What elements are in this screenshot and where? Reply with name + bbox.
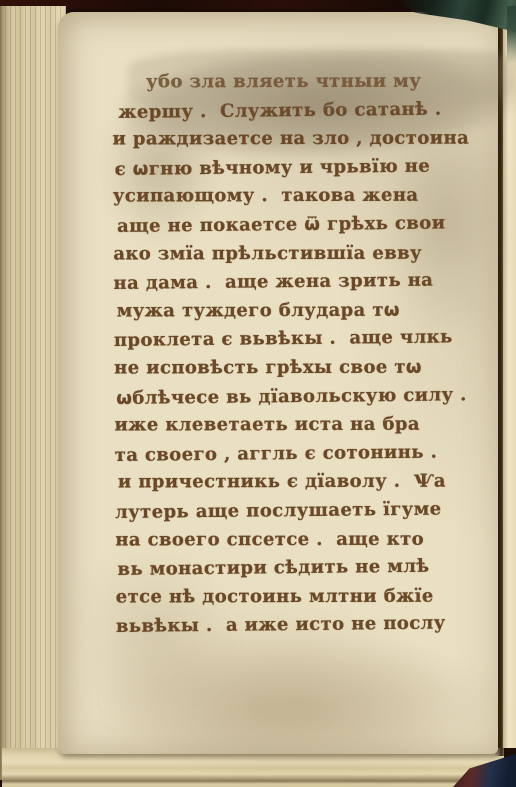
manuscript-photo: убо зла вляеть чтныи мужершу . Служить б… (0, 0, 516, 787)
manuscript-line: вь монастири сѣдить не млѣ (117, 552, 491, 585)
stain-bottom (110, 640, 502, 774)
page-stack-edges-left (0, 6, 66, 780)
manuscript-line: лутерь аще послушаеть їгуме (115, 495, 491, 528)
manuscript-line: ѡблѣчесе вь дїавольскую силу . (116, 381, 490, 414)
manuscript-line: та своего , аггль є сотонинь . (115, 438, 491, 471)
manuscript-line: жершу . Служить бо сатанѣ . (118, 95, 488, 127)
manuscript-line: убо зла вляеть чтныи му (146, 67, 488, 96)
facing-page-edge (503, 22, 516, 748)
binding-edge-right (507, 6, 516, 64)
manuscript-line: и причестникь є дїаволу . Ѱа (118, 468, 491, 498)
manuscript-line: є ѡгню вѣчному и чрьвїю не (115, 152, 489, 185)
manuscript-line: и раждизаетсе на зло , достоина (112, 125, 488, 155)
manuscript-line: ако змїа прѣльстившїа евву (113, 239, 489, 269)
manuscript-page: убо зла вляеть чтныи мужершу . Служить б… (58, 12, 498, 754)
manuscript-line: мужа туждего блудара тѡ (117, 296, 490, 326)
manuscript-line: усипающому . такова жена (113, 182, 489, 212)
manuscript-line: проклета є вьвѣкы . аще члкь (114, 323, 490, 356)
manuscript-line: етсе нѣ достоинь млтни бжїе (116, 582, 492, 612)
manuscript-line: иже клеветаеть иста на бра (114, 411, 490, 441)
manuscript-line: не исповѣсть грѣхы свое тѡ (114, 353, 490, 383)
manuscript-line: вьвѣкы . а иже исто не послу (116, 609, 492, 642)
manuscript-line: на своего спсетсе . аще кто (115, 525, 491, 555)
manuscript-line: аще не покаетсе ѿ грѣхь свои (117, 209, 489, 241)
manuscript-line: на дама . аще жена зрить на (113, 266, 489, 299)
text-block: убо зла вляеть чтныи мужершу . Служить б… (112, 67, 492, 641)
